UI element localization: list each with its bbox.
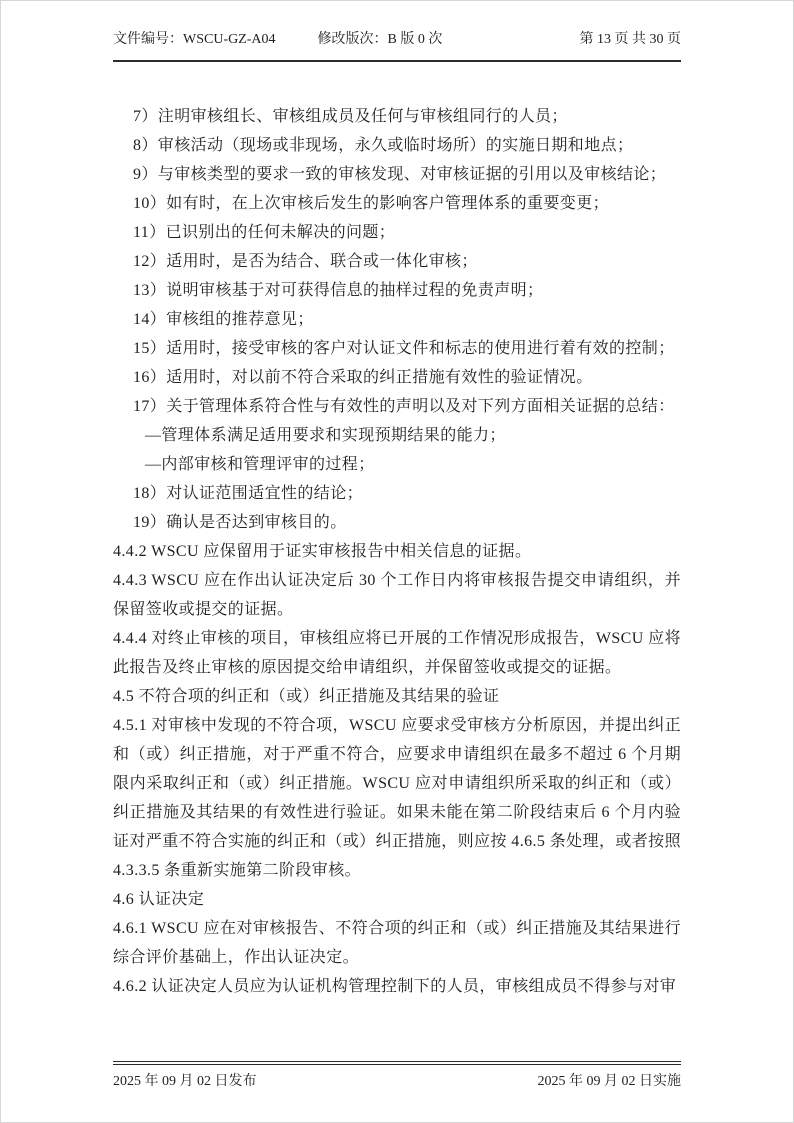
list-item-9: 9）与审核类型的要求一致的审核发现、对审核证据的引用以及审核结论； <box>113 160 681 189</box>
list-item-11: 11）已识别出的任何未解决的问题； <box>113 218 681 247</box>
paragraph-4-4-2: 4.4.2 WSCU 应保留用于证实审核报告中相关信息的证据。 <box>113 537 681 566</box>
paragraph-4-4-4: 4.4.4 对终止审核的项目，审核组应将已开展的工作情况形成报告，WSCU 应将… <box>113 624 681 682</box>
list-item-12: 12）适用时，是否为结合、联合或一体化审核； <box>113 247 681 276</box>
page-header: 文件编号：WSCU-GZ-A04 修改版次：B 版 0 次 第 13 页 共 3… <box>113 31 681 62</box>
list-item-10: 10）如有时，在上次审核后发生的影响客户管理体系的重要变更； <box>113 189 681 218</box>
list-item-16: 16）适用时，对以前不符合采取的纠正措施有效性的验证情况。 <box>113 363 681 392</box>
list-item-19: 19）确认是否达到审核目的。 <box>113 508 681 537</box>
paragraph-4-4-3: 4.4.3 WSCU 应在作出认证决定后 30 个工作日内将审核报告提交申请组织… <box>113 566 681 624</box>
list-item-14: 14）审核组的推荐意见； <box>113 305 681 334</box>
list-item-7: 7）注明审核组长、审核组成员及任何与审核组同行的人员； <box>113 102 681 131</box>
section-heading-4-5: 4.5 不符合项的纠正和（或）纠正措施及其结果的验证 <box>113 682 681 711</box>
paragraph-4-5-1: 4.5.1 对审核中发现的不符合项，WSCU 应要求受审核方分析原因，并提出纠正… <box>113 711 681 885</box>
list-item-15: 15）适用时，接受审核的客户对认证文件和标志的使用进行着有效的控制； <box>113 334 681 363</box>
implement-date: 2025 年 09 月 02 日实施 <box>538 1073 682 1091</box>
document-page: 文件编号：WSCU-GZ-A04 修改版次：B 版 0 次 第 13 页 共 3… <box>0 0 794 1123</box>
document-number: 文件编号：WSCU-GZ-A04 <box>113 31 276 49</box>
list-item-18: 18）对认证范围适宜性的结论； <box>113 479 681 508</box>
dash-subitem-1: —管理体系满足适用要求和实现预期结果的能力； <box>113 421 681 450</box>
page-number-indicator: 第 13 页 共 30 页 <box>580 31 682 49</box>
dash-subitem-2: —内部审核和管理评审的过程； <box>113 450 681 479</box>
paragraph-4-6-1: 4.6.1 WSCU 应在对审核报告、不符合项的纠正和（或）纠正措施及其结果进行… <box>113 914 681 972</box>
list-item-17: 17）关于管理体系符合性与有效性的声明以及对下列方面相关证据的总结： <box>113 392 681 421</box>
paragraph-4-6-2: 4.6.2 认证决定人员应为认证机构管理控制下的人员，审核组成员不得参与对审 <box>113 972 681 1001</box>
section-heading-4-6: 4.6 认证决定 <box>113 885 681 914</box>
release-date: 2025 年 09 月 02 日发布 <box>113 1073 257 1091</box>
document-body: 7）注明审核组长、审核组成员及任何与审核组同行的人员； 8）审核活动（现场或非现… <box>113 102 681 1001</box>
page-footer: 2025 年 09 月 02 日发布 2025 年 09 月 02 日实施 <box>113 1061 681 1091</box>
revision-version: 修改版次：B 版 0 次 <box>318 31 443 49</box>
list-item-8: 8）审核活动（现场或非现场，永久或临时场所）的实施日期和地点； <box>113 131 681 160</box>
list-item-13: 13）说明审核基于对可获得信息的抽样过程的免责声明； <box>113 276 681 305</box>
